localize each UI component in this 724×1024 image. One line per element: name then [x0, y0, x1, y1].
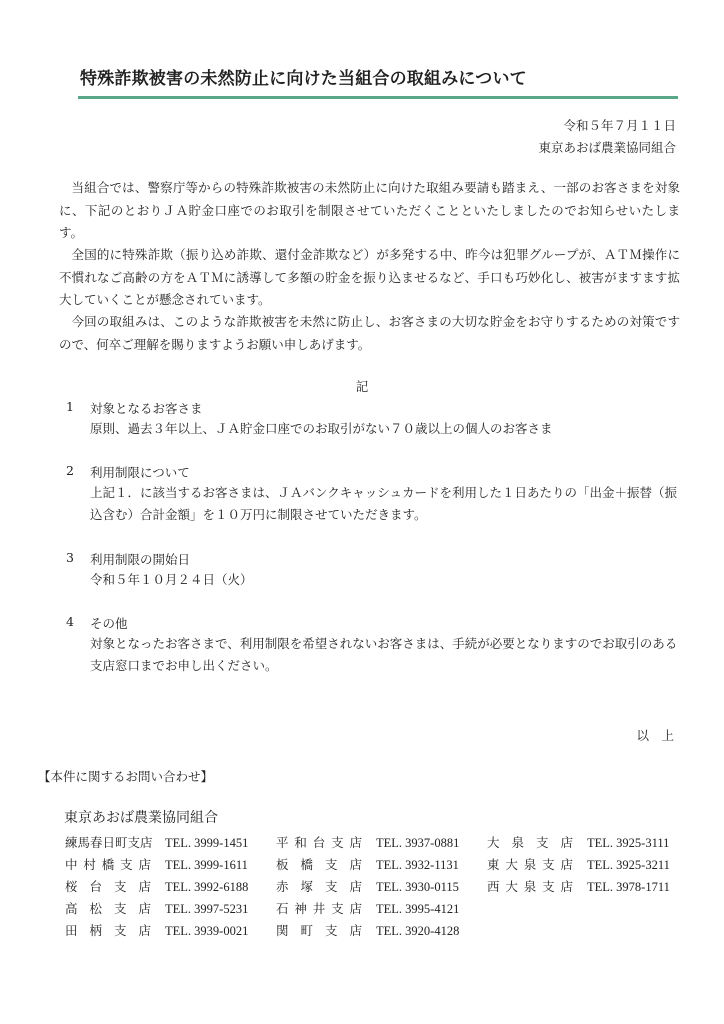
title-divider — [78, 96, 678, 99]
branch-tel: TEL. 3997-5231 — [165, 902, 248, 917]
issue-date: 令和５年７月１１日 — [563, 116, 676, 134]
page-title: 特殊詐欺被害の未然防止に向けた当組合の取組みについて — [80, 64, 527, 89]
branch-tel: TEL. 3999-1451 — [165, 836, 248, 851]
ki-heading: 記 — [0, 377, 724, 395]
item-number: 2 — [66, 463, 74, 478]
branch-name: 中村橋支店 — [65, 855, 151, 873]
branch-tel: TEL. 3920-4128 — [376, 924, 459, 939]
branch-tel: TEL. 3992-6188 — [165, 880, 248, 895]
branch-name: 大泉支店 — [487, 833, 573, 851]
item-text: 上記１．に該当するお客さまは、ＪＡバンクキャッシュカードを利用した１日あたりの「… — [90, 482, 682, 526]
branch-row: 平和台支店TEL. 3937-0881 — [276, 833, 459, 851]
branch-name: 桜台支店 — [65, 877, 151, 895]
branch-row: 桜台支店TEL. 3992-6188 — [65, 877, 248, 895]
branch-row: 西大泉支店TEL. 3978-1711 — [487, 877, 670, 895]
branch-name: 西大泉支店 — [487, 877, 573, 895]
branch-row: 中村橋支店TEL. 3999-1611 — [65, 855, 248, 873]
item-heading: 利用制限について — [90, 463, 190, 481]
branch-tel: TEL. 3995-4121 — [376, 902, 459, 917]
item-text: 原則、過去３年以上、ＪＡ貯金口座でのお取引がない７０歳以上の個人のお客さま — [90, 418, 682, 440]
item-heading: 対象となるお客さま — [90, 399, 203, 417]
item-text: 令和５年１０月２４日（火） — [90, 569, 682, 591]
branch-name: 東大泉支店 — [487, 855, 573, 873]
contact-heading: 【本件に関するお問い合わせ】 — [38, 767, 213, 785]
item-number: 4 — [66, 614, 74, 629]
branch-row: 石神井支店TEL. 3995-4121 — [276, 899, 459, 917]
item-number: 1 — [66, 399, 74, 414]
item-number: 3 — [66, 550, 74, 565]
branch-tel: TEL. 3939-0021 — [165, 924, 248, 939]
branch-row: 大泉支店TEL. 3925-3111 — [487, 833, 669, 851]
branch-tel: TEL. 3932-1131 — [376, 858, 459, 873]
closing-mark: 以 上 — [636, 726, 674, 744]
branch-row: 田柄支店TEL. 3939-0021 — [65, 921, 248, 939]
branch-name: 石神井支店 — [276, 899, 362, 917]
branch-name: 田柄支店 — [65, 921, 151, 939]
intro-paragraph: 当組合では、警察庁等からの特殊詐欺被害の未然防止に向けた取組み要請も踏まえ、一部… — [59, 177, 680, 245]
branch-row: 板橋支店TEL. 3932-1131 — [276, 855, 459, 873]
branch-row: 東大泉支店TEL. 3925-3211 — [487, 855, 670, 873]
branch-name: 板橋支店 — [276, 855, 362, 873]
branch-name: 赤塚支店 — [276, 877, 362, 895]
branch-tel: TEL. 3978-1711 — [587, 880, 670, 895]
branch-tel: TEL. 3925-3211 — [587, 858, 670, 873]
branch-row: 赤塚支店TEL. 3930-0115 — [276, 877, 459, 895]
issuer-name: 東京あおば農業協同組合 — [538, 138, 676, 156]
item-heading: その他 — [90, 614, 128, 632]
item-heading: 利用制限の開始日 — [90, 550, 190, 568]
branch-row: 関町支店TEL. 3920-4128 — [276, 921, 459, 939]
branch-name: 練馬春日町支店 — [65, 833, 151, 851]
item-text: 対象となったお客さまで、利用制限を希望されないお客さまは、手続が必要となりますの… — [90, 633, 682, 677]
branch-row: 高松支店TEL. 3997-5231 — [65, 899, 248, 917]
branch-tel: TEL. 3937-0881 — [376, 836, 459, 851]
branch-tel: TEL. 3930-0115 — [376, 880, 459, 895]
branch-row: 練馬春日町支店TEL. 3999-1451 — [65, 833, 248, 851]
contact-org: 東京あおば農業協同組合 — [64, 807, 218, 827]
branch-tel: TEL. 3925-3111 — [587, 836, 669, 851]
branch-name: 関町支店 — [276, 921, 362, 939]
branch-tel: TEL. 3999-1611 — [165, 858, 248, 873]
branch-name: 平和台支店 — [276, 833, 362, 851]
request-paragraph: 今回の取組みは、このような詐欺被害を未然に防止し、お客さまの大切な貯金をお守りす… — [59, 311, 680, 356]
background-paragraph: 全国的に特殊詐欺（振り込め詐欺、還付金詐欺など）が多発する中、昨今は犯罪グループ… — [59, 244, 680, 312]
branch-name: 高松支店 — [65, 899, 151, 917]
